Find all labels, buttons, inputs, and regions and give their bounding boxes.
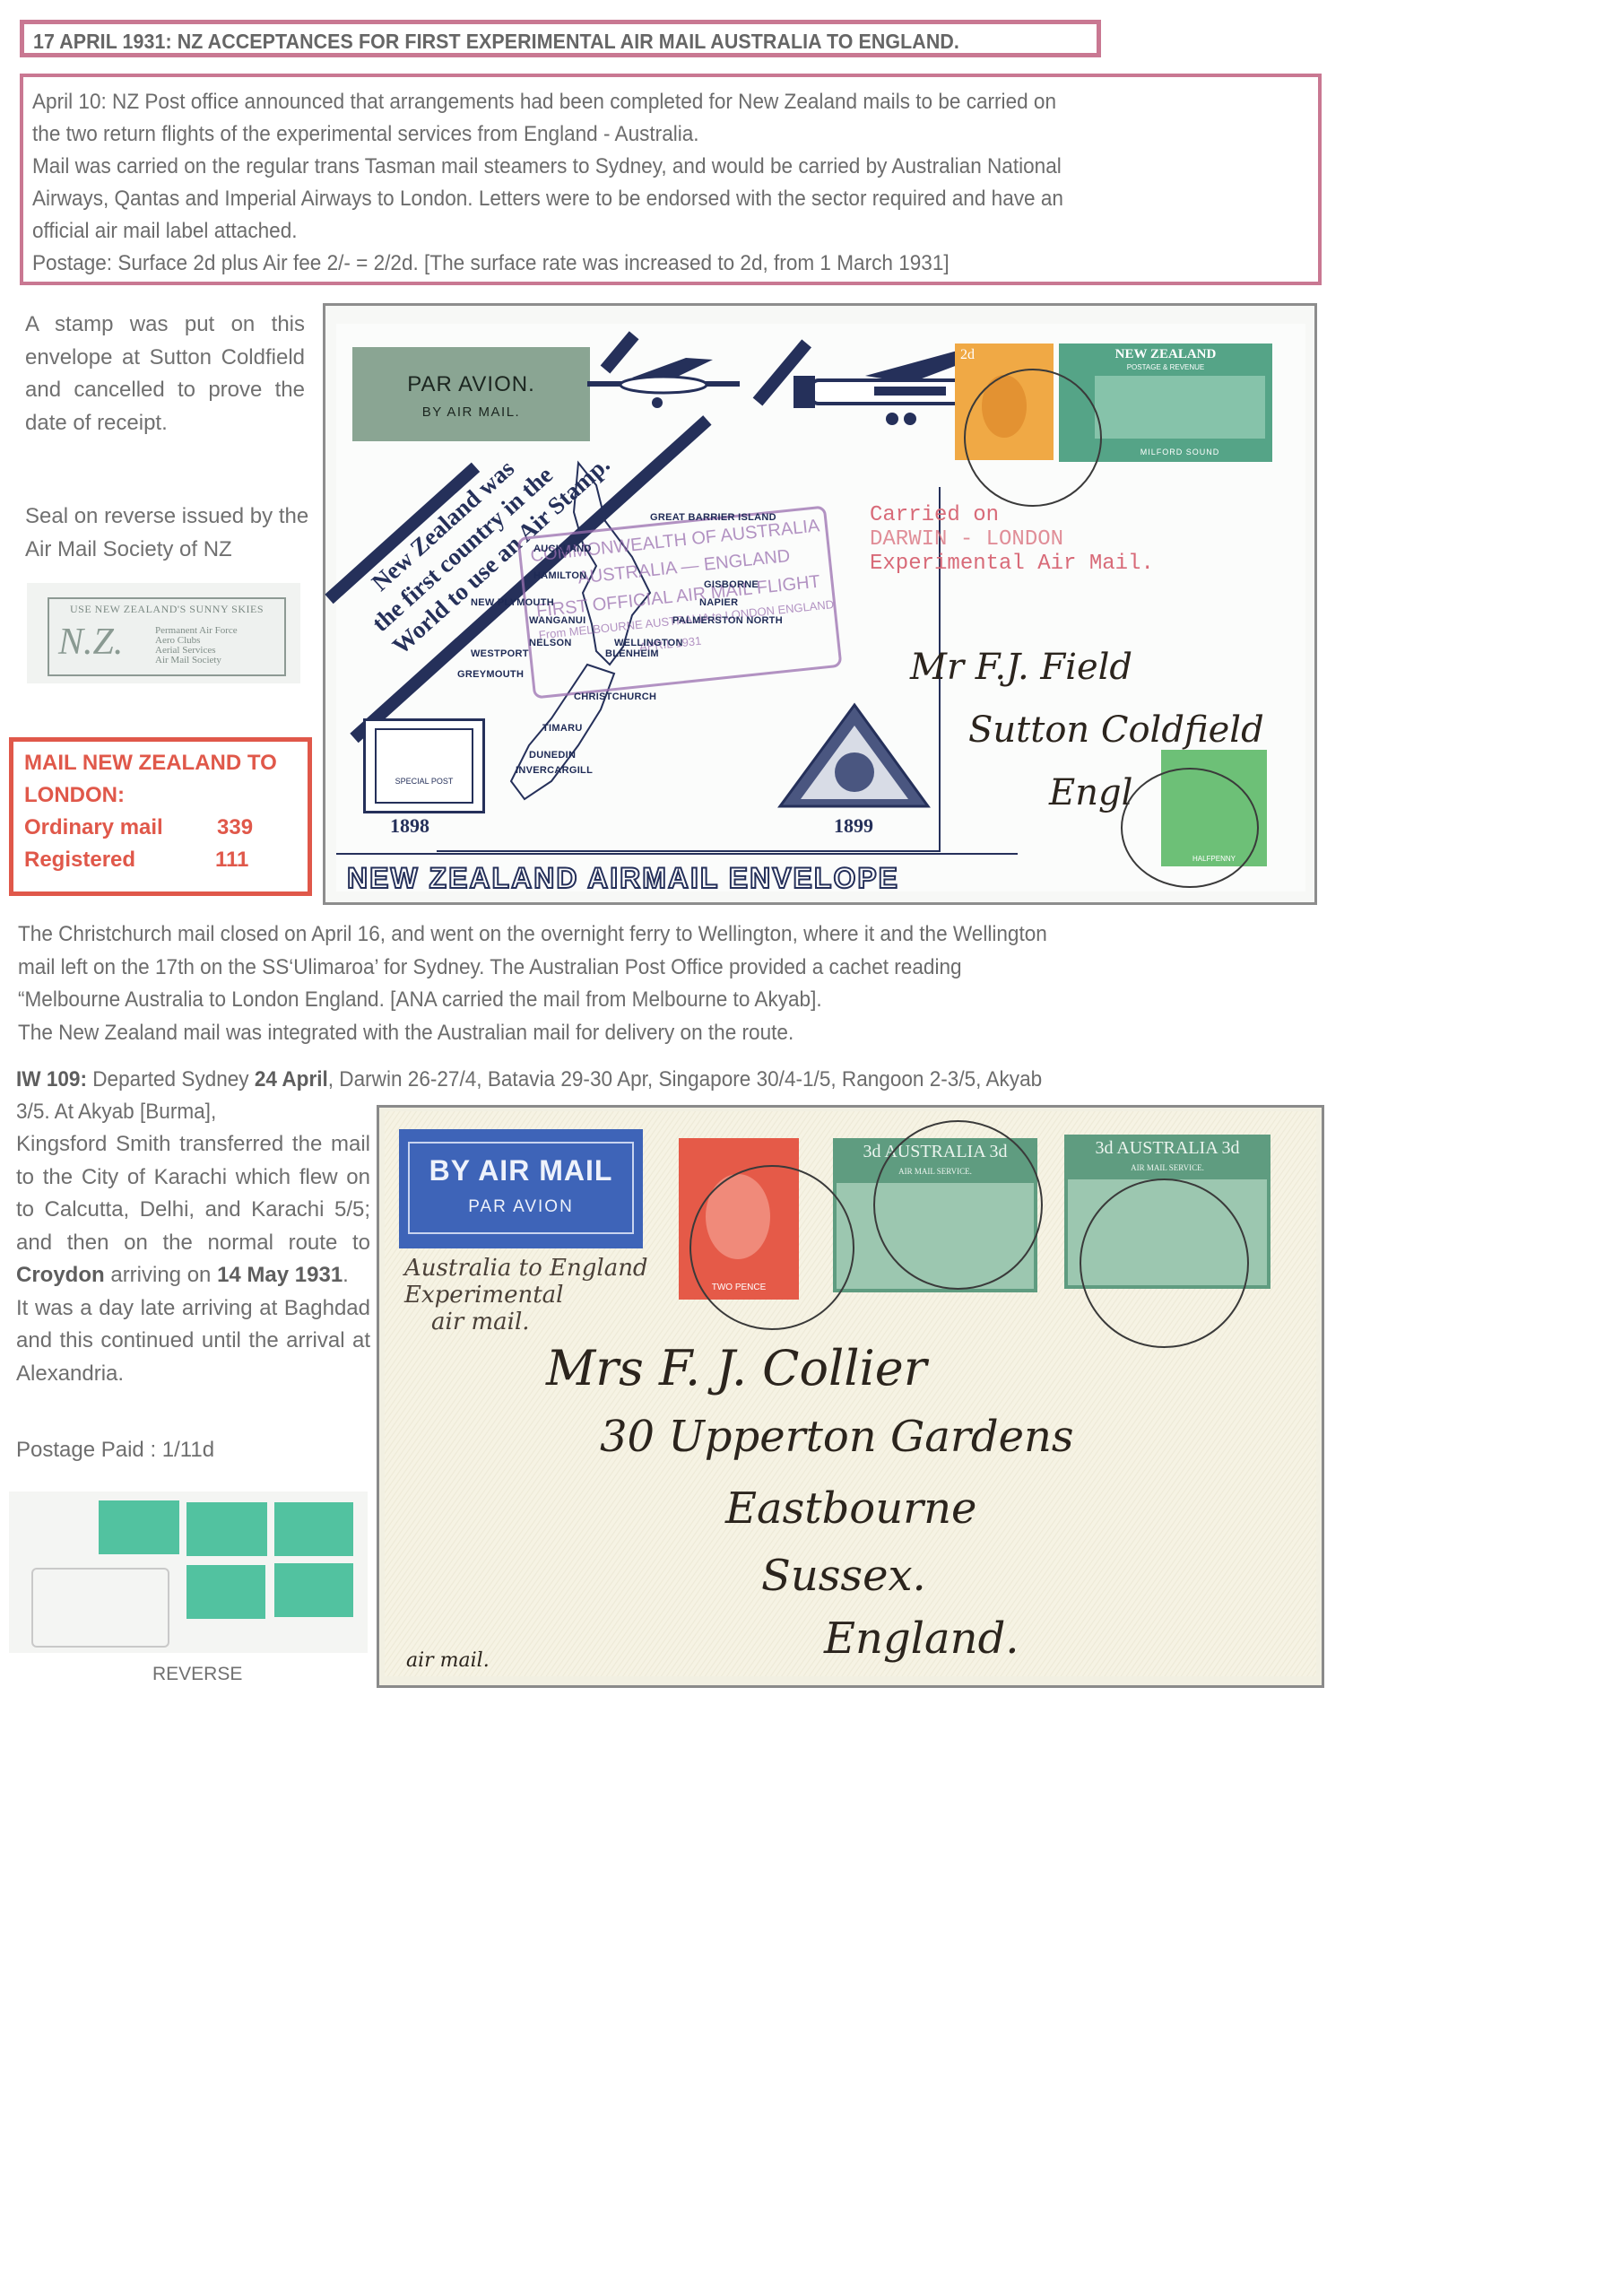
- reverse-image: [9, 1492, 368, 1653]
- air-mail-note: air mail.: [406, 1649, 490, 1672]
- late-note: It was a day late arriving at Baghdad an…: [16, 1292, 370, 1391]
- christchurch-postmark: [964, 369, 1102, 507]
- route-text: .: [343, 1263, 349, 1287]
- seal-line: Air Mail Society: [155, 656, 238, 665]
- route-text: Kingsford Smith transferred the mail to …: [16, 1132, 370, 1255]
- address-line: England.: [824, 1613, 1019, 1664]
- page-title: 17 APRIL 1931: NZ ACCEPTANCES FOR FIRST …: [33, 30, 959, 54]
- address-line: Eastbourne: [725, 1483, 976, 1534]
- stamp-value: 2d: [960, 347, 975, 363]
- by-air-mail-label: BY AIR MAIL PAR AVION: [399, 1129, 643, 1248]
- narrative-line: “Melbourne Australia to London England. …: [18, 984, 1240, 1017]
- stamp-subtitle: POSTAGE & REVENUE: [1059, 363, 1272, 371]
- address-line: Mrs F. J. Collier: [546, 1340, 927, 1396]
- map-city: AUCKLAND: [533, 544, 592, 554]
- stats-label: Ordinary mail: [24, 815, 163, 839]
- map-city: WELLINGTON: [614, 638, 683, 648]
- stamp-subtitle: AIR MAIL SERVICE.: [1064, 1163, 1270, 1172]
- map-city: NEW PLYMOUTH: [471, 597, 554, 608]
- year-1899: 1899: [834, 814, 873, 838]
- stats-value: 111: [215, 844, 248, 876]
- map-city: CHRISTCHURCH: [574, 691, 656, 702]
- map-city: WANGANUI: [529, 615, 586, 626]
- narrative-line: mail left on the 17th on the SS‘Ulimaroa…: [18, 952, 1240, 985]
- special-post-text: SPECIAL POST: [366, 777, 482, 786]
- route-description: Kingsford Smith transferred the mail to …: [16, 1128, 370, 1390]
- narrative-line: The New Zealand mail was integrated with…: [18, 1017, 1240, 1050]
- violet-cachet: COMMONWEALTH OF AUSTRALIA AUSTRALIA — EN…: [516, 505, 842, 699]
- brisbane-postmark: [873, 1120, 1043, 1290]
- airplane-icon: [578, 351, 758, 413]
- destination: Croydon: [16, 1263, 105, 1287]
- intro-line: April 10: NZ Post office announced that …: [32, 86, 1233, 118]
- sutton-coldfield-postmark: [1121, 768, 1259, 888]
- address-line: Sussex.: [761, 1551, 926, 1601]
- map-city: HAMILTON: [533, 570, 586, 581]
- departure-date: 24 April: [255, 1067, 328, 1091]
- address-line: Engl: [1049, 772, 1132, 813]
- address-line: Mr F.J. Field: [910, 647, 1132, 688]
- stats-row: Ordinary mail 339: [24, 812, 297, 844]
- page-title-box: 17 APRIL 1931: NZ ACCEPTANCES FOR FIRST …: [20, 20, 1101, 57]
- stamp-title: NEW ZEALAND: [1059, 347, 1272, 362]
- pigeon-post-stamp: [776, 700, 932, 813]
- map-city: PALMERSTON NORTH: [672, 615, 783, 626]
- map-city: NAPIER: [699, 597, 738, 608]
- map-city: GREAT BARRIER ISLAND: [650, 512, 776, 523]
- seal-slogan: USE NEW ZEALAND'S SUNNY SKIES: [49, 603, 284, 616]
- label-line: PAR AVION: [399, 1197, 643, 1217]
- intro-line: Mail was carried on the regular trans Ta…: [32, 151, 1233, 183]
- mail-stats-box: MAIL NEW ZEALAND TO LONDON: Ordinary mai…: [9, 737, 312, 896]
- map-city: DUNEDIN: [529, 750, 576, 761]
- flight-itinerary: IW 109: Departed Sydney 24 April, Darwin…: [16, 1064, 1042, 1096]
- stamp-caption: MILFORD SOUND: [1095, 448, 1265, 457]
- intro-line: Airways, Qantas and Imperial Airways to …: [32, 183, 1233, 215]
- route-text: arriving on: [105, 1263, 217, 1287]
- map-city: GREYMOUTH: [457, 669, 524, 680]
- map-city: GISBORNE: [704, 579, 759, 590]
- map-city: NELSON: [529, 638, 572, 648]
- map-city: BLENHEIM: [605, 648, 659, 659]
- map-city: WESTPORT: [471, 648, 529, 659]
- itinerary-text: , Darwin 26-27/4, Batavia 29-30 Apr, Sin…: [328, 1067, 1042, 1091]
- intro-line: the two return flights of the experiment…: [32, 118, 1233, 151]
- seal-note: Seal on reverse issued by the Air Mail S…: [25, 500, 312, 566]
- address-line: 30 Upperton Gardens: [600, 1412, 1074, 1462]
- year-1898: 1898: [390, 814, 429, 838]
- itinerary-text: Departed Sydney: [87, 1067, 255, 1091]
- brisbane-postmark: [689, 1165, 854, 1330]
- label-line: BY AIR MAIL: [399, 1154, 643, 1187]
- map-city: TIMARU: [542, 723, 583, 734]
- endorsement: Australia to England Experimental air ma…: [404, 1255, 648, 1335]
- typed-endorsement: Carried onDARWIN - LONDONExperimental Ai…: [870, 503, 1154, 576]
- stats-row: Registered 111: [24, 844, 297, 876]
- great-barrier-stamp: SPECIAL POST: [363, 718, 485, 813]
- itinerary-line-2: 3/5. At Akyab [Burma],: [16, 1096, 216, 1128]
- par-avion-text: PAR AVION.: [352, 372, 590, 397]
- brisbane-postmark: [1080, 1178, 1249, 1348]
- stats-heading: LONDON:: [24, 779, 297, 812]
- reverse-caption: REVERSE: [152, 1664, 242, 1685]
- cover-nz-envelope: PAR AVION. BY AIR MAIL. New Zealand was …: [323, 303, 1317, 905]
- cover-australia-envelope: BY AIR MAIL PAR AVION TWO PENCE 3d AUSTR…: [377, 1105, 1324, 1688]
- stats-value: 339: [217, 812, 253, 844]
- flight-number: IW 109:: [16, 1067, 87, 1091]
- intro-line: Postage: Surface 2d plus Air fee 2/- = 2…: [32, 248, 1233, 280]
- address-line: Sutton Coldfield: [968, 709, 1264, 751]
- stamp-title: 3d AUSTRALIA 3d: [1064, 1138, 1270, 1159]
- seal-monogram: N.Z.: [58, 621, 123, 664]
- stats-label: Registered: [24, 848, 135, 872]
- arrival-date: 14 May 1931: [217, 1263, 343, 1287]
- envelope-banner: NEW ZEALAND AIRMAIL ENVELOPE: [347, 862, 899, 895]
- intro-line: official air mail label attached.: [32, 215, 1233, 248]
- narrative-line: The Christchurch mail closed on April 16…: [18, 918, 1240, 952]
- map-city: INVERCARGILL: [516, 765, 593, 776]
- postage-paid: Postage Paid : 1/11d: [16, 1438, 214, 1463]
- stats-heading: MAIL NEW ZEALAND TO: [24, 747, 297, 779]
- intro-box: April 10: NZ Post office announced that …: [20, 74, 1322, 285]
- stamp-note: A stamp was put on this envelope at Sutt…: [25, 309, 305, 439]
- narrative-paragraph: The Christchurch mail closed on April 16…: [18, 918, 1318, 1049]
- seal-image: USE NEW ZEALAND'S SUNNY SKIES N.Z. Perma…: [27, 583, 300, 683]
